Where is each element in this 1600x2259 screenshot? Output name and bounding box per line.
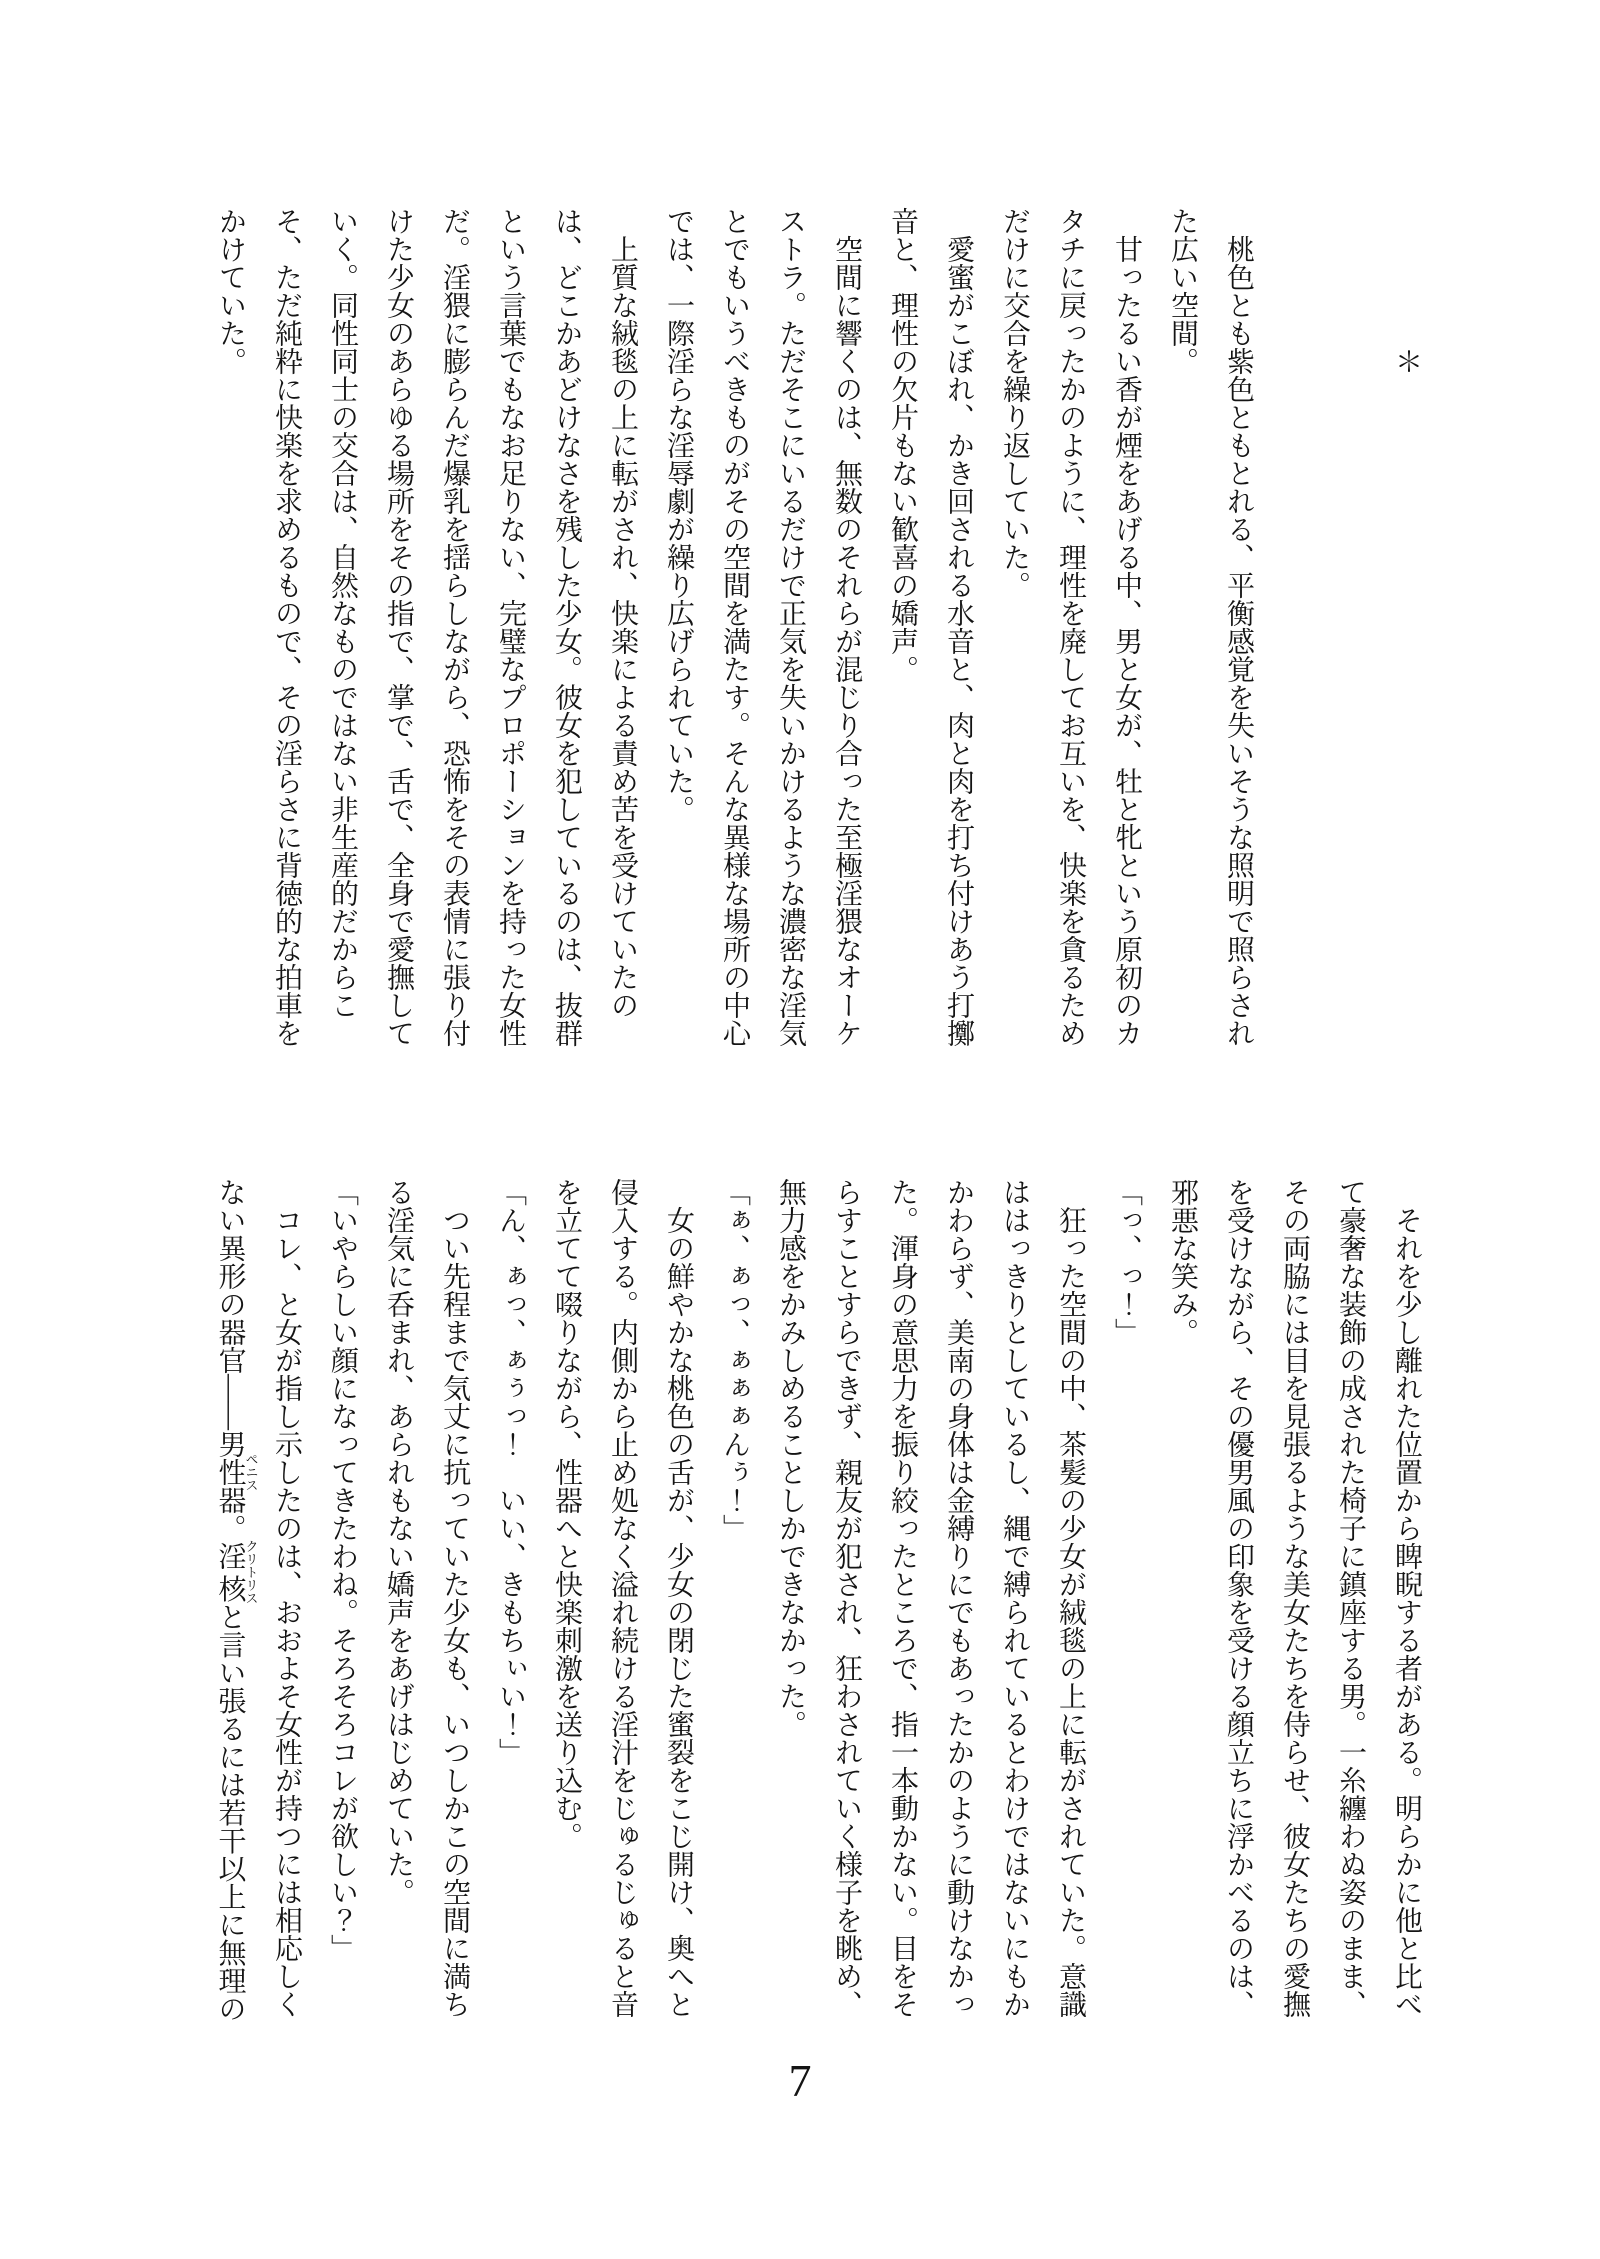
text-line: 愛蜜がこぼれ、かき回される水音と、肉と肉を打ち付けあう打擲	[930, 207, 986, 1047]
text-line: では、一際淫らな淫辱劇が繰り広げられていた。	[650, 207, 706, 1047]
text-line: 無力感をかみしめることしかできなかった。	[762, 1178, 818, 2023]
ruby-base: 淫核	[215, 1540, 246, 1605]
text-line: ストラ。ただそこにいるだけで正気を失いかけるような濃密な淫気	[762, 207, 818, 1047]
text-line: て豪奢な装飾の成された椅子に鎮座する男。一糸纏わぬ姿のまま、	[1322, 1178, 1378, 2023]
text-line: ははっきりとしているし、縄で縛られているとわけではないにもか	[986, 1178, 1042, 2023]
ruby-furigana: ペニス	[244, 1430, 259, 1514]
text-line: かけていた。	[202, 207, 258, 1047]
bottom-text-band: それを少し離れた位置から睥睨する者がある。明らかに他と比べ て豪奢な装飾の成され…	[202, 1178, 1435, 2023]
text-line: だけに交合を繰り返していた。	[986, 207, 1042, 1047]
text-line: 甘ったるい香が煙をあげる中、男と女が、牡と牝という原初のカ	[1098, 207, 1154, 1047]
text-line: 桃色とも紫色ともとれる、平衡感覚を失いそうな照明で照らされ	[1210, 207, 1266, 1047]
text-line: コレ、と女が指し示したのは、おおよそ女性が持つには相応しく	[258, 1178, 314, 2023]
text-line: 侵入する。内側から止め処なく溢れ続ける淫汁をじゅるじゅると音	[594, 1178, 650, 2023]
text-line: らすことすらできず、親友が犯され、狂わされていく様子を眺め、	[818, 1178, 874, 2023]
text-line: そ、ただ純粋に快楽を求めるもので、その淫らさに背徳的な拍車を	[258, 207, 314, 1047]
ruby-base: 男性器	[215, 1430, 246, 1514]
blank-line	[1322, 207, 1378, 1047]
text-line: を立てて啜りながら、性器へと快楽刺激を送り込む。	[538, 1178, 594, 2023]
text-line: 狂った空間の中、茶髪の少女が絨毯の上に転がされていた。意識	[1042, 1178, 1098, 2023]
text-line: とでもいうべきものがその空間を満たす。そんな異様な場所の中心	[706, 207, 762, 1047]
text-line: は、どこかあどけなさを残した少女。彼女を犯しているのは、抜群	[538, 207, 594, 1047]
text-line: る淫気に呑まれ、あられもない嬌声をあげはじめていた。	[370, 1178, 426, 2023]
text-line: それを少し離れた位置から睥睨する者がある。明らかに他と比べ	[1378, 1178, 1434, 2023]
blank-line	[1266, 207, 1322, 1047]
text-line: た広い空間。	[1154, 207, 1210, 1047]
book-page: { "page": { "number": "7" }, "top_band":…	[0, 0, 1600, 2259]
text-line: タチに戻ったかのように、理性を廃してお互いを、快楽を貪るため	[1042, 207, 1098, 1047]
text-line: いく。同性同士の交合は、自然なものではない非生産的だからこ	[314, 207, 370, 1047]
dialogue-line: 「ん、ぁっ、ぁぅっ！ いい、きもちぃい！」	[482, 1178, 538, 2023]
text-line: その両脇には目を見張るような美女たちを侍らせ、彼女たちの愛撫	[1266, 1178, 1322, 2023]
asterisk-divider-line: ＊	[1378, 207, 1434, 1047]
text-segment: 。	[215, 1514, 246, 1542]
text-line: 上質な絨毯の上に転がされ、快楽による責め苦を受けていたの	[594, 207, 650, 1047]
ruby-furigana: クリトリス	[244, 1540, 259, 1605]
text-line: 音と、理性の欠片もない歓喜の嬌声。	[874, 207, 930, 1047]
text-segment: ない異形の器官――	[215, 1178, 246, 1430]
ruby-term-penis: 男性器ペニス	[215, 1430, 246, 1514]
dialogue-line: 「いやらしい顔になってきたわね。そろそろコレが欲しい？」	[314, 1178, 370, 2023]
page-number: 7	[0, 2058, 1600, 2104]
dialogue-line: 「ぁ、ぁっ、ぁぁぁんぅ！」	[706, 1178, 762, 2023]
text-line: つい先程まで気丈に抗っていた少女も、いつしかこの空間に満ち	[426, 1178, 482, 2023]
text-line-with-ruby: ない異形の器官――男性器ペニス。淫核クリトリスと言い張るには若干以上に無理の	[202, 1178, 259, 2023]
text-line: を受けながら、その優男風の印象を受ける顔立ちに浮かべるのは、	[1210, 1178, 1266, 2023]
text-line: 邪悪な笑み。	[1154, 1178, 1210, 2023]
text-line: 女の鮮やかな桃色の舌が、少女の閉じた蜜裂をこじ開け、奥へと	[650, 1178, 706, 2023]
text-line: という言葉でもなお足りない、完璧なプロポーションを持った女性	[482, 207, 538, 1047]
text-line: た。渾身の意思力を振り絞ったところで、指一本動かない。目をそ	[874, 1178, 930, 2023]
dialogue-line: 「っ、っ！」	[1098, 1178, 1154, 2023]
top-text-band: ＊ 桃色とも紫色ともとれる、平衡感覚を失いそうな照明で照らされ た広い空間。 甘…	[202, 207, 1434, 1047]
text-line: だ。淫猥に膨らんだ爆乳を揺らしながら、恐怖をその表情に張り付	[426, 207, 482, 1047]
ruby-term-clitoris: 淫核クリトリス	[215, 1542, 246, 1603]
text-segment: と言い張るには若干以上に無理の	[215, 1603, 246, 2023]
text-line: けた少女のあらゆる場所をその指で、掌で、舌で、全身で愛撫して	[370, 207, 426, 1047]
text-line: 空間に響くのは、無数のそれらが混じり合った至極淫猥なオーケ	[818, 207, 874, 1047]
text-line: かわらず、美南の身体は金縛りにでもあったかのように動けなかっ	[930, 1178, 986, 2023]
